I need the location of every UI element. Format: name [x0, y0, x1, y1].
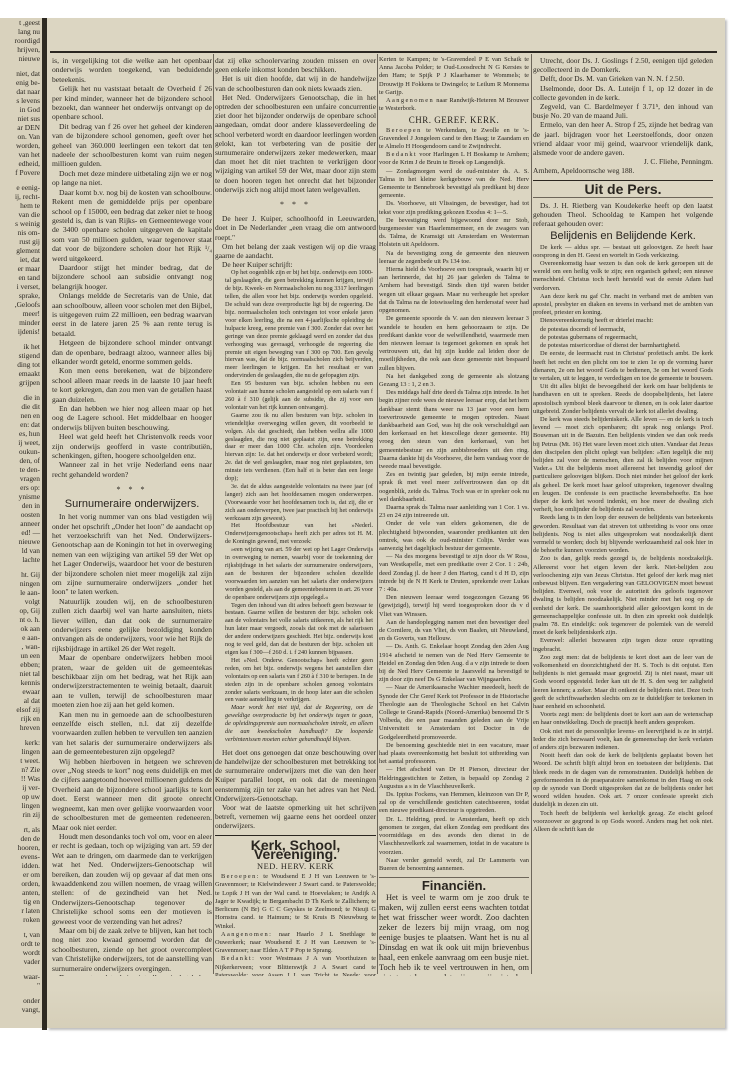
- paragraph: Natuurlijk zouden wij, en de schoolbestu…: [52, 597, 212, 653]
- quote-paragraph: Tegen den inhoud van dit adres behoeft g…: [225, 602, 373, 657]
- paragraph: Dit bedrag van f 26 over het geheel der …: [52, 122, 212, 169]
- referaat-paragraph: Evenwel: allerlei bezwaren zijn tegen de…: [533, 637, 713, 653]
- paragraph: Het Ned. Onderwijzers Genootschap, die i…: [215, 93, 376, 194]
- facing-text-fragment: waar- ": [0, 972, 40, 990]
- paragraph: De heer Kuiper schrijft:: [215, 260, 376, 269]
- referaat-paragraph: Reeds lang is in den loop der eeuwen de …: [533, 514, 713, 555]
- paragraph: Kon men eens berekenen, wat de bijzonder…: [52, 366, 212, 404]
- heading-financien: Financiën.: [379, 877, 529, 890]
- paragraph: Het is uit dien hoofde, dat wij in de ha…: [215, 74, 376, 92]
- column-divider: [213, 54, 214, 974]
- referaat-paragraph: Voorts zegt men: de belijdenis doet te k…: [533, 711, 713, 727]
- column-divider: [377, 54, 378, 974]
- news-item: Zes en twintig jaar geleden, bij mijn ee…: [379, 471, 529, 504]
- announcement: Aangenomen: naar Haarlo J L Snethlage te…: [215, 931, 376, 956]
- top-rule: [50, 51, 717, 53]
- news-item: — Naar de Amerikaansche Wachter meedeelt…: [379, 684, 529, 741]
- news-item: Aan de handoplegging namen met den beves…: [379, 619, 529, 644]
- subheading-chr-geref-kerk: CHR. GEREF. KERK.: [379, 116, 529, 124]
- news-item: — Het afscheid van Dr H Pierson, directe…: [379, 766, 529, 791]
- heading-surnumeraire-onderwijzers: Surnumeraire onderwijzers.: [52, 500, 212, 509]
- subheading-ned-herv-kerk: NED. HERV. KERK: [215, 862, 376, 871]
- paragraph: De heer J. Kuiper, schoolhoofd in Leeuwa…: [215, 214, 376, 242]
- facing-text-fragment: e eenig- ij, recht- hem te van die s wei…: [0, 183, 40, 336]
- quote-paragraph: Het Hoofdbestuur van het »Nederl. Onderw…: [225, 522, 373, 546]
- paragraph: Voor wat de laatste opmerking uit het sc…: [215, 803, 376, 831]
- paragraph: dat zij elke schoolervaring zouden misse…: [215, 56, 376, 74]
- facing-text-fragment: niet, dat enig be- dat naar s levens in …: [0, 69, 40, 177]
- referaat-paragraph: Overeenkomstig haar wezen is dan ook de …: [533, 260, 713, 293]
- announcement: Beroepen: te Woudsend E J H van Leeuwen …: [215, 873, 376, 930]
- referaat-paragraph: Uit dit alles blijkt de bevoegdheid der …: [533, 383, 713, 416]
- referaat-paragraph: Toch heeft de belijdenis wel kerkelijk g…: [533, 810, 713, 835]
- paragraph: Maar de openbare onderwijzers hebben moo…: [52, 653, 212, 709]
- referaat-paragraph: De eerste, de leermacht rust in Christus…: [533, 350, 713, 383]
- news-item: Daarna sprak ds Talma naar aanleiding va…: [379, 504, 529, 520]
- column-divider: [531, 54, 532, 974]
- donation-entry: Delft, door Ds. M. van Grieken van N. N.…: [533, 74, 713, 83]
- column-1: is, in vergelijking tot die welke aan he…: [52, 56, 212, 976]
- section-separator: * * *: [52, 485, 212, 494]
- heading-belijdenis-en-belijdende-kerk: Belijdenis en Belijdende Kerk.: [533, 232, 713, 241]
- news-item: Den nieuwen leeraar werd toegezongen Gez…: [379, 594, 529, 619]
- paragraph: Wanneer zal in het vrije Nederland eens …: [52, 460, 212, 479]
- facing-text-fragment: die in die dit nen en en: dat es, hun ij…: [0, 393, 40, 564]
- facing-text-fragment: t, van ordt te wordt vader: [0, 930, 40, 966]
- referaat-paragraph: Zoo zegt men: dat de belijdenis te kort …: [533, 654, 713, 711]
- referaat-paragraph: Nooit heeft dan ook de kerk de belijdeni…: [533, 752, 713, 809]
- donation-entry: IJselmonde, door Ds. A. Luteijn f 1, op …: [533, 84, 713, 102]
- announcement: Bedankt voor Harlingen L H Boskamp te Ar…: [379, 151, 529, 167]
- paragraph: Houdt men desondanks toch vol om, voor e…: [52, 832, 212, 926]
- referaat-body: De kerk — aldus spr. — bestaat uit geloo…: [533, 244, 713, 835]
- donation-entry: Zegveld, van C. Bardelmeyer f 3.71⁵, den…: [533, 102, 713, 120]
- referaat-paragraph: Zoo is dan, gelijk reeds gezegd is, de b…: [533, 555, 713, 637]
- quote-paragraph: Maar wordt het niet tijd, dat de Regeeri…: [225, 704, 373, 744]
- column-3: Kerten te Kampen; te 's-Gravendeel P E v…: [379, 56, 529, 976]
- referaat-paragraph: de potestas misericordiae of dienst der …: [533, 342, 713, 350]
- news-item: Ds. Ippius Fockens, van Hemmen, kleinzoo…: [379, 791, 529, 816]
- intro-paragraph: Ds. J. H. Rietberg van Koudekerke heeft …: [533, 201, 713, 229]
- quote-paragraph: Het »Ned. Onderw. Genootschap« heeft ech…: [225, 657, 373, 704]
- news-item: Hierna hield ds Voorhoeve een toespraak,…: [379, 266, 529, 315]
- donation-entry: Utrecht, door Ds. J. Goslings f 2.50, ee…: [533, 56, 713, 74]
- referaat-paragraph: De kerk — aldus spr. — bestaat uit geloo…: [533, 244, 713, 260]
- facing-text-fragment: rt, als den de hooren, evens- idden. er …: [0, 825, 40, 924]
- news-item: De bevestiging werd bijgewoond door mr S…: [379, 217, 529, 250]
- referaat-paragraph: Ook niet met de persoonlijke levens- en …: [533, 728, 713, 753]
- announcement: Beroepen te Werkendam, te Zwolle en te '…: [379, 127, 529, 152]
- paragraph: Daardoor stijgt het minder bedrag, dat d…: [52, 263, 212, 291]
- paragraph: Daar komt b.v. nog bij de kosten van sch…: [52, 188, 212, 263]
- paragraph: Kerten te Kampen; te 's-Gravendeel P E v…: [379, 56, 529, 97]
- quote-paragraph: 3e. dat de aldus aangestelde volontairs …: [225, 483, 373, 523]
- paragraph: Doch met deze mindere uitbetaling zijn w…: [52, 169, 212, 188]
- page-bottom-margin: [47, 988, 725, 1028]
- paragraph: En dan hebben we hier nog alleen maar op…: [52, 404, 212, 432]
- facing-text-fragment: ik het stigend ding tot emaakt grijpen: [0, 342, 40, 387]
- heading-kerk-school-vereeniging: Kerk, School, Vereeniging.: [215, 835, 376, 859]
- facing-text-fragment: ht. Gij ningen le aan- volgt op, Gij nt …: [0, 570, 40, 732]
- article-surnumeraire-onderwijzers: In het vorig nummer van ons blad vestigd…: [52, 512, 212, 976]
- article-nog-steeds-te-kort-continued: is, in vergelijking tot die welke aan he…: [52, 56, 212, 479]
- donation-list: Utrecht, door Ds. J. Goslings f 2.50, ee…: [533, 56, 713, 157]
- paragraph: Wij hebben hierboven in hetgeen we schre…: [52, 757, 212, 832]
- facing-page-edge: t ,geest lang nu roordigd hrijven, nieuw…: [0, 18, 42, 1028]
- quoted-letter-kuiper: Op het oogenblik zijn er bij het bijz. o…: [215, 269, 376, 743]
- column-2: dat zij elke schoolervaring zouden misse…: [215, 56, 376, 976]
- quote-paragraph: Een 95 besturen van bijz. scholen hebben…: [225, 380, 373, 412]
- ned-herv-announcements: Beroepen: te Woudsend E J H van Leeuwen …: [215, 873, 376, 976]
- newspaper-page: is, in vergelijking tot die welke aan he…: [47, 18, 725, 1028]
- news-item: Dr. L. Heldring, pred. te Amsterdam, hee…: [379, 816, 529, 857]
- section-separator: * * *: [215, 200, 376, 209]
- news-item: Na het dankgebed zong de gemeente als sl…: [379, 373, 529, 389]
- paragraph: Heel wat geld heeft het Christenvolk ree…: [52, 432, 212, 460]
- announcement: Aangenomen naar Randwijk-Heteren M Brouw…: [379, 97, 529, 113]
- quote-paragraph: Op het oogenblik zijn er bij het bijz. o…: [225, 269, 373, 380]
- paragraph: Om het belang der zaak vestigen wij op d…: [215, 242, 376, 260]
- referaat-paragraph: de potestas gubernans of regeermacht,: [533, 334, 713, 342]
- quote-paragraph: »een wijzing van art. 59 der wet op het …: [225, 546, 373, 601]
- news-item: — Zondagmorgen werd de oud-minister ds. …: [379, 168, 529, 201]
- news-item: — Ds. Anth. G. Enkelaar hoopt Zondag den…: [379, 643, 529, 684]
- facing-text-fragment: kerk: lingen t weet. n? Zie !! Was ij ve…: [0, 738, 40, 819]
- paragraph: Het doet ons genoegen dat onze beschouwi…: [215, 748, 376, 803]
- referaat-paragraph: Aan deze kerk nu gaf Chr. macht in verba…: [533, 293, 713, 318]
- paragraph: In het vorig nummer van ons blad vestigd…: [52, 512, 212, 597]
- church-news-items: — Zondagmorgen werd de oud-minister ds. …: [379, 168, 529, 873]
- facing-text-fragment: onder vangt,: [0, 996, 40, 1014]
- news-item: Na de bevestiging zong de gemeente den n…: [379, 250, 529, 266]
- announcement: Bedankt: voor Westmaas J A van Voorthuiz…: [215, 955, 376, 976]
- heading-uit-de-pers: Uit de Pers.: [533, 180, 713, 198]
- paragraph: Onlangs meldde de Secretaris van de Unie…: [52, 291, 212, 338]
- news-item: De gemeente spoorde ds V. aan den nieuwe…: [379, 315, 529, 372]
- paragraph: Maar om bij de zaak zelve te blijven, ka…: [52, 926, 212, 973]
- news-item: Des middags half drie deed ds Talma zijn…: [379, 389, 529, 471]
- column-4: Utrecht, door Ds. J. Goslings f 2.50, ee…: [533, 56, 713, 976]
- paragraph: is, in vergelijking tot die welke aan he…: [52, 56, 212, 84]
- news-item: De benoeming geschiedde niet in een vaca…: [379, 742, 529, 767]
- referaat-paragraph: Dienovereenkomstig heeft er drierlei mac…: [533, 317, 713, 325]
- news-item: Onder de vele van elders gekomenen, die …: [379, 520, 529, 553]
- paragraph: Gelijk het nu vaststaat betaalt de Overh…: [52, 84, 212, 122]
- referaat-paragraph: de potestas docendi of leermacht,: [533, 326, 713, 334]
- donation-entry: Ermelo, van den heer A. Strop f 25, zijn…: [533, 120, 713, 157]
- facing-text-fragment: t ,geest lang nu roordigd hrijven, nieuw…: [0, 18, 40, 63]
- news-item: — Na des morgens bevestigd te zijn door …: [379, 553, 529, 594]
- referaat-paragraph: De kerk was steeds belijdeniskerk. Alle …: [533, 416, 713, 514]
- paragraph: Hetgeen de bijzondere school minder ontv…: [52, 338, 212, 366]
- address: Arnhem, Apeldoornsche weg 188.: [533, 166, 713, 175]
- financien-text: Het is veel te warm om je zoo druk te ma…: [379, 893, 529, 976]
- paragraph: Kan men nu in gemoede aan de schoolbestu…: [52, 710, 212, 757]
- facing-page-text-fragments: t ,geest lang nu roordigd hrijven, nieuw…: [0, 18, 42, 1014]
- quote-paragraph: Gaarne zou ik nu allen besturen van bijz…: [225, 412, 373, 483]
- news-item: Ds. Voorhoeve, uit Vlissingen, de bevest…: [379, 200, 529, 216]
- signature: J. C. Fliehe, Penningm.: [533, 157, 713, 166]
- news-item: Naar verder gemeld wordt, zal Dr Lammert…: [379, 857, 529, 873]
- paragraph: Deze maatregel toch is niet alleen in he…: [52, 973, 212, 976]
